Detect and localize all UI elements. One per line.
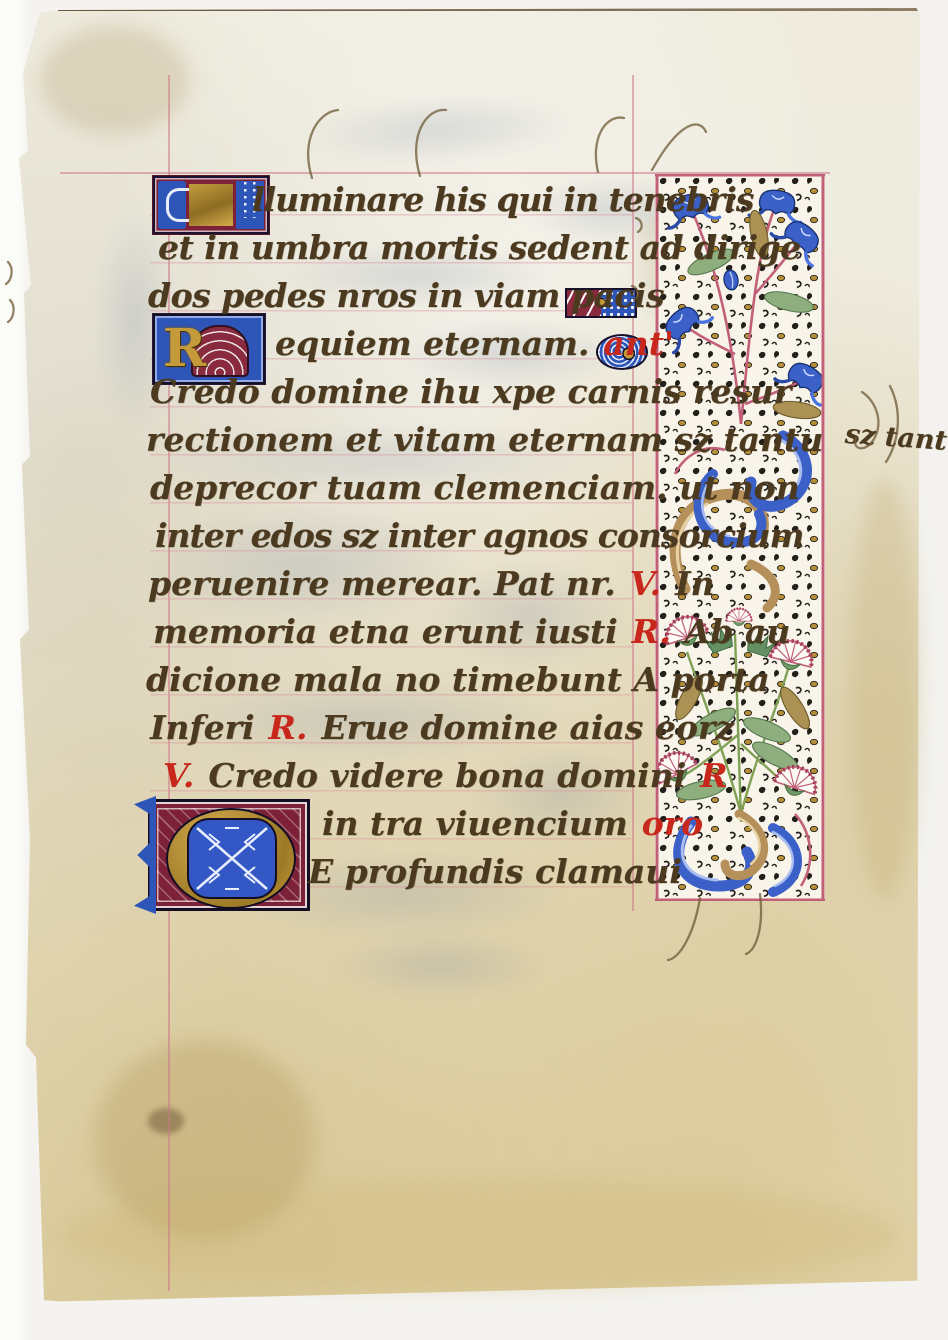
- response-mark: R: [700, 756, 727, 795]
- text-line-2: et in umbra mortis sedent ad dirige: [158, 231, 801, 264]
- initial-diaper-core: [187, 818, 277, 899]
- rubric-oratio: oro: [642, 804, 703, 843]
- latin-text: Erue domine aias eorz: [321, 708, 734, 747]
- panel-frame-top: [655, 174, 825, 177]
- parchment-stain: [60, 1180, 900, 1290]
- latin-text: inter edos sz inter agnos consorcium: [155, 516, 803, 555]
- initial-gold-bar: [189, 181, 233, 229]
- initial-blue-bracket: [158, 181, 186, 229]
- latin-text: Credo videre bona domini: [208, 756, 686, 795]
- latin-text: et in umbra mortis sedent ad dirige: [158, 228, 801, 267]
- showthrough-smudge: [330, 930, 550, 1000]
- versicle-mark: V.: [630, 564, 661, 603]
- diaper-pattern: [189, 820, 275, 897]
- latin-text: lluminare his qui in tenebris: [252, 180, 753, 219]
- latin-text: dicione mala no timebunt A porta: [146, 660, 770, 699]
- latin-text: in tra viuencium: [322, 804, 628, 843]
- response-mark: R.: [632, 612, 671, 651]
- panel-frame-right: [822, 174, 825, 901]
- panel-frame-bottom: [655, 899, 825, 902]
- latin-text: deprecor tuam clemenciam. ut non: [150, 468, 800, 507]
- text-line-3: dos pedes nros in viam pacis: [148, 279, 664, 312]
- text-line-10: memoria etna erunt iustiR.Ab au: [153, 615, 790, 648]
- text-line-15: E profundis clamaui: [308, 855, 682, 888]
- latin-text: equiem eternam.: [275, 324, 589, 363]
- illuminated-initial-D: [148, 799, 310, 911]
- latin-text: Ab au: [685, 612, 791, 651]
- latin-text: memoria etna erunt iusti: [153, 612, 618, 651]
- text-line-9: peruenire merear. Pat nr.V.In: [148, 567, 715, 600]
- versicle-mark: V.: [163, 756, 194, 795]
- latin-text: peruenire merear. Pat nr.: [148, 564, 616, 603]
- latin-text: rectionem et vitam eternam sz tantu: [146, 420, 823, 459]
- text-line-13: V.Credo videre bona dominiR: [163, 759, 728, 792]
- text-line-11: dicione mala no timebunt A porta: [146, 663, 770, 696]
- text-line-14: in tra viuenciumoro: [322, 807, 703, 840]
- text-line-6: rectionem et vitam eternam sz tantu: [146, 423, 823, 456]
- parchment-stain: [850, 480, 920, 900]
- response-mark: R.: [269, 708, 308, 747]
- initial-letter: R: [163, 318, 206, 380]
- text-line-5: Credo domine ihu xpe carnis resur: [150, 375, 791, 408]
- latin-text: dos pedes nros in viam pacis: [148, 276, 664, 315]
- parchment-stain: [148, 1108, 184, 1134]
- latin-text: Inferi: [150, 708, 255, 747]
- text-line-1: lluminare his qui in tenebris: [252, 183, 753, 216]
- text-line-4: equiem eternam.ant': [275, 327, 674, 360]
- text-line-12: InferiR.Erue domine aias eorz: [150, 711, 734, 744]
- latin-text: Credo domine ihu xpe carnis resur: [150, 372, 791, 411]
- latin-text: In: [675, 564, 714, 603]
- text-line-8: inter edos sz inter agnos consorcium: [155, 519, 803, 552]
- rubric-antiphon: ant': [603, 324, 674, 363]
- photograph-background: R lluminare his qui in tenebris et in um…: [0, 0, 948, 1340]
- latin-text: E profundis clamaui: [308, 852, 682, 891]
- text-line-7: deprecor tuam clemenciam. ut non: [150, 471, 800, 504]
